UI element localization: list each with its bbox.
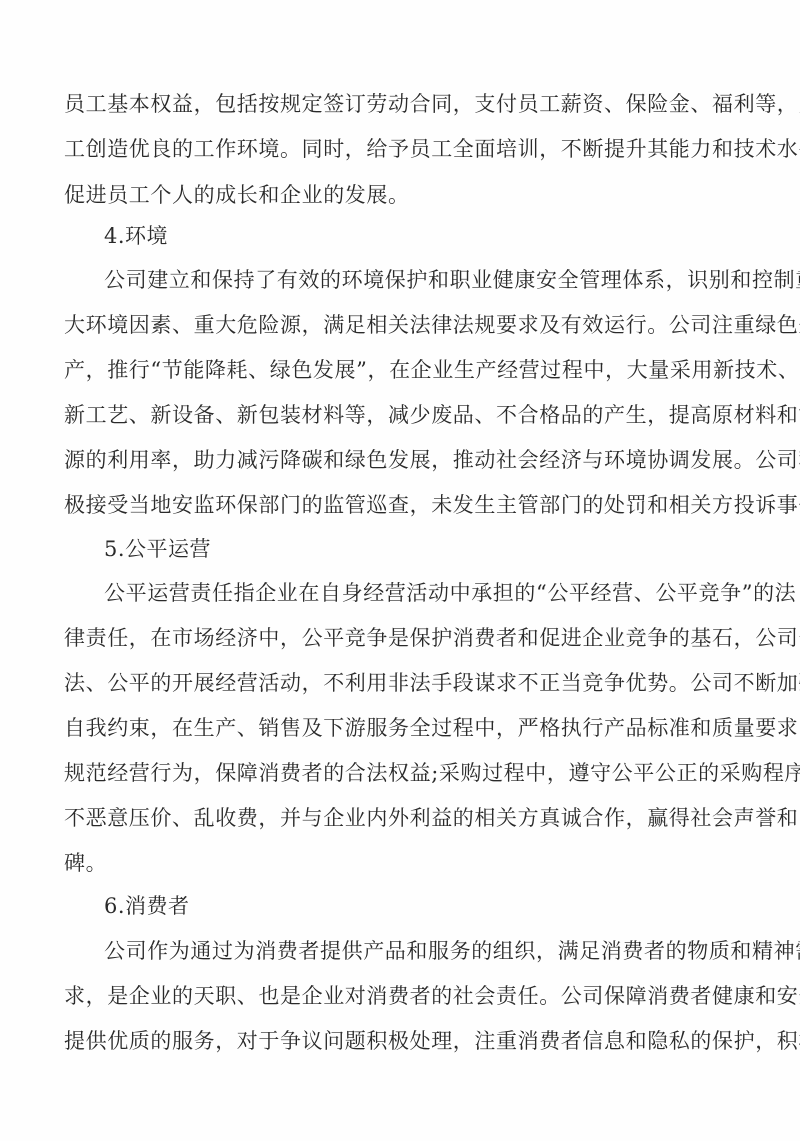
paragraph-line: 碑。	[64, 850, 740, 876]
paragraph-line: 求，是企业的天职、也是企业对消费者的社会责任。公司保障消费者健康和安全、	[64, 983, 740, 1009]
paragraph-line: 极接受当地安监环保部门的监管巡查，未发生主管部门的处罚和相关方投诉事件。	[64, 492, 740, 518]
section-heading-fair-operation: 5.公平运营	[104, 536, 211, 562]
paragraph-line: 新工艺、新设备、新包装材料等，减少废品、不合格品的产生，提高原材料和能	[64, 402, 740, 428]
paragraph-line: 法、公平的开展经营活动，不利用非法手段谋求不正当竞争优势。公司不断加强	[64, 670, 740, 696]
paragraph-line: 公司作为通过为消费者提供产品和服务的组织，满足消费者的物质和精神需	[104, 938, 740, 964]
paragraph-line: 工创造优良的工作环境。同时，给予员工全面培训，不断提升其能力和技术水平，	[64, 136, 740, 162]
paragraph-line: 源的利用率，助力减污降碳和绿色发展，推动社会经济与环境协调发展。公司积	[64, 447, 740, 473]
paragraph-line: 规范经营行为，保障消费者的合法权益;采购过程中，遵守公平公正的采购程序，	[64, 760, 740, 786]
section-heading-consumers: 6.消费者	[104, 893, 190, 919]
section-heading-environment: 4.环境	[104, 223, 168, 249]
paragraph-line: 产，推行“节能降耗、绿色发展”，在企业生产经营过程中，大量采用新技术、	[64, 357, 740, 383]
paragraph-line: 不恶意压价、乱收费，并与企业内外利益的相关方真诚合作，赢得社会声誉和口	[64, 805, 740, 831]
paragraph-line: 公司建立和保持了有效的环境保护和职业健康安全管理体系，识别和控制重	[104, 267, 740, 293]
paragraph-line: 律责任，在市场经济中，公平竞争是保护消费者和促进企业竞争的基石，公司合	[64, 625, 740, 651]
paragraph-line: 促进员工个人的成长和企业的发展。	[64, 182, 740, 208]
paragraph-line: 公平运营责任指企业在自身经营活动中承担的“公平经营、公平竞争”的法	[104, 580, 740, 606]
paragraph-line: 自我约束，在生产、销售及下游服务全过程中，严格执行产品标准和质量要求，	[64, 715, 740, 741]
document-page: 员工基本权益，包括按规定签订劳动合同，支付员工薪资、保险金、福利等，员 工创造优…	[0, 0, 800, 1141]
paragraph-line: 提供优质的服务，对于争议问题积极处理，注重消费者信息和隐私的保护，积极	[64, 1028, 740, 1054]
paragraph-line: 员工基本权益，包括按规定签订劳动合同，支付员工薪资、保险金、福利等，员	[64, 91, 740, 117]
paragraph-line: 大环境因素、重大危险源，满足相关法律法规要求及有效运行。公司注重绿色生	[64, 312, 740, 338]
